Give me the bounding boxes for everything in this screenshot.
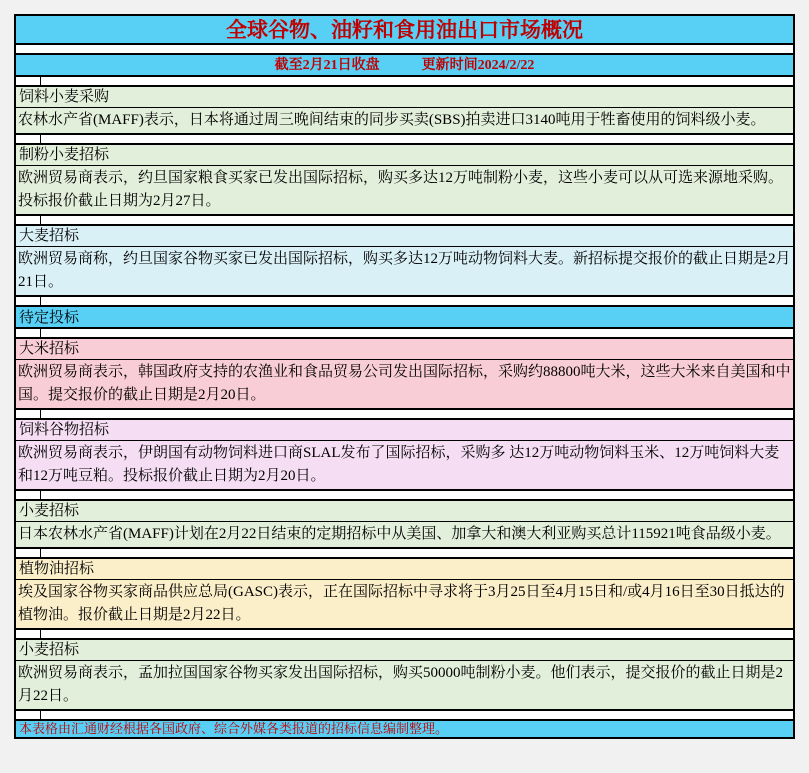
section-barley-tender: 大麦招标 欧洲贸易商称，约旦国家谷物买家已发出国际招标，购买多达12万吨动物饲料… xyxy=(16,226,793,297)
section-body: 日本农林水产省(MAFF)计划在2月22日结束的定期招标中从美国、加拿大和澳大利… xyxy=(16,522,793,549)
section-header: 饲料谷物招标 xyxy=(16,420,793,441)
section-header: 大米招标 xyxy=(16,339,793,360)
spacer-row xyxy=(16,216,793,226)
subtitle-bar: 截至2月21日收盘 更新时间2024/2/22 xyxy=(16,55,793,77)
as-of-date-label: 截至2月21日收盘 xyxy=(275,55,380,75)
spacer-row xyxy=(16,77,793,87)
section-body: 欧洲贸易商表示，约旦国家粮食买家已发出国际招标，购买多达12万吨制粉小麦，这些小… xyxy=(16,166,793,216)
section-rice-tender: 大米招标 欧洲贸易商表示，韩国政府支持的农渔业和食品贸易公司发出国际招标，采购约… xyxy=(16,339,793,410)
section-body: 欧洲贸易商表示，孟加拉国国家谷物买家发出国际招标，购买50000吨制粉小麦。他们… xyxy=(16,661,793,711)
spacer-row xyxy=(16,549,793,559)
spacer-row xyxy=(16,630,793,640)
spacer-row xyxy=(16,410,793,420)
section-header: 小麦招标 xyxy=(16,501,793,522)
export-market-table: 全球谷物、油籽和食用油出口市场概况 截至2月21日收盘 更新时间2024/2/2… xyxy=(14,14,795,739)
section-milling-wheat-tender: 制粉小麦招标 欧洲贸易商表示，约旦国家粮食买家已发出国际招标，购买多达12万吨制… xyxy=(16,145,793,216)
spacer-row xyxy=(16,711,793,721)
spacer-row xyxy=(16,491,793,501)
section-body: 欧洲贸易商表示，伊朗国有动物饲料进口商SLAL发布了国际招标，采购多 达12万吨… xyxy=(16,441,793,491)
section-header: 植物油招标 xyxy=(16,559,793,580)
source-note: 本表格由汇通财经根据各国政府、综合外媒各类报道的招标信息编制整理。 xyxy=(16,721,793,737)
section-feed-wheat-purchase: 饲料小麦采购 农林水产省(MAFF)表示，日本将通过周三晚间结束的同步买卖(SB… xyxy=(16,87,793,135)
section-header: 饲料小麦采购 xyxy=(16,87,793,108)
section-header: 小麦招标 xyxy=(16,640,793,661)
section-body: 农林水产省(MAFF)表示，日本将通过周三晚间结束的同步买卖(SBS)拍卖进口3… xyxy=(16,108,793,135)
page-title: 全球谷物、油籽和食用油出口市场概况 xyxy=(16,16,793,45)
updated-time-label: 更新时间2024/2/22 xyxy=(422,55,535,75)
section-body: 埃及国家谷物买家商品供应总局(GASC)表示，正在国际招标中寻求将于3月25日至… xyxy=(16,580,793,630)
section-header: 大麦招标 xyxy=(16,226,793,247)
spacer-row xyxy=(16,329,793,339)
spacer-row xyxy=(16,297,793,307)
section-header: 制粉小麦招标 xyxy=(16,145,793,166)
spacer-row xyxy=(16,135,793,145)
section-vegetable-oil-tender: 植物油招标 埃及国家谷物买家商品供应总局(GASC)表示，正在国际招标中寻求将于… xyxy=(16,559,793,630)
section-body: 欧洲贸易商表示，韩国政府支持的农渔业和食品贸易公司发出国际招标，采购约88800… xyxy=(16,360,793,410)
section-body: 欧洲贸易商称，约旦国家谷物买家已发出国际招标，购买多达12万吨动物饲料大麦。新招… xyxy=(16,247,793,297)
section-wheat-tender-japan: 小麦招标 日本农林水产省(MAFF)计划在2月22日结束的定期招标中从美国、加拿… xyxy=(16,501,793,549)
spacer-row xyxy=(16,45,793,55)
pending-tenders-heading: 待定投标 xyxy=(16,307,793,329)
section-feed-grain-tender: 饲料谷物招标 欧洲贸易商表示，伊朗国有动物饲料进口商SLAL发布了国际招标，采购… xyxy=(16,420,793,491)
section-wheat-tender-bangladesh: 小麦招标 欧洲贸易商表示，孟加拉国国家谷物买家发出国际招标，购买50000吨制粉… xyxy=(16,640,793,711)
